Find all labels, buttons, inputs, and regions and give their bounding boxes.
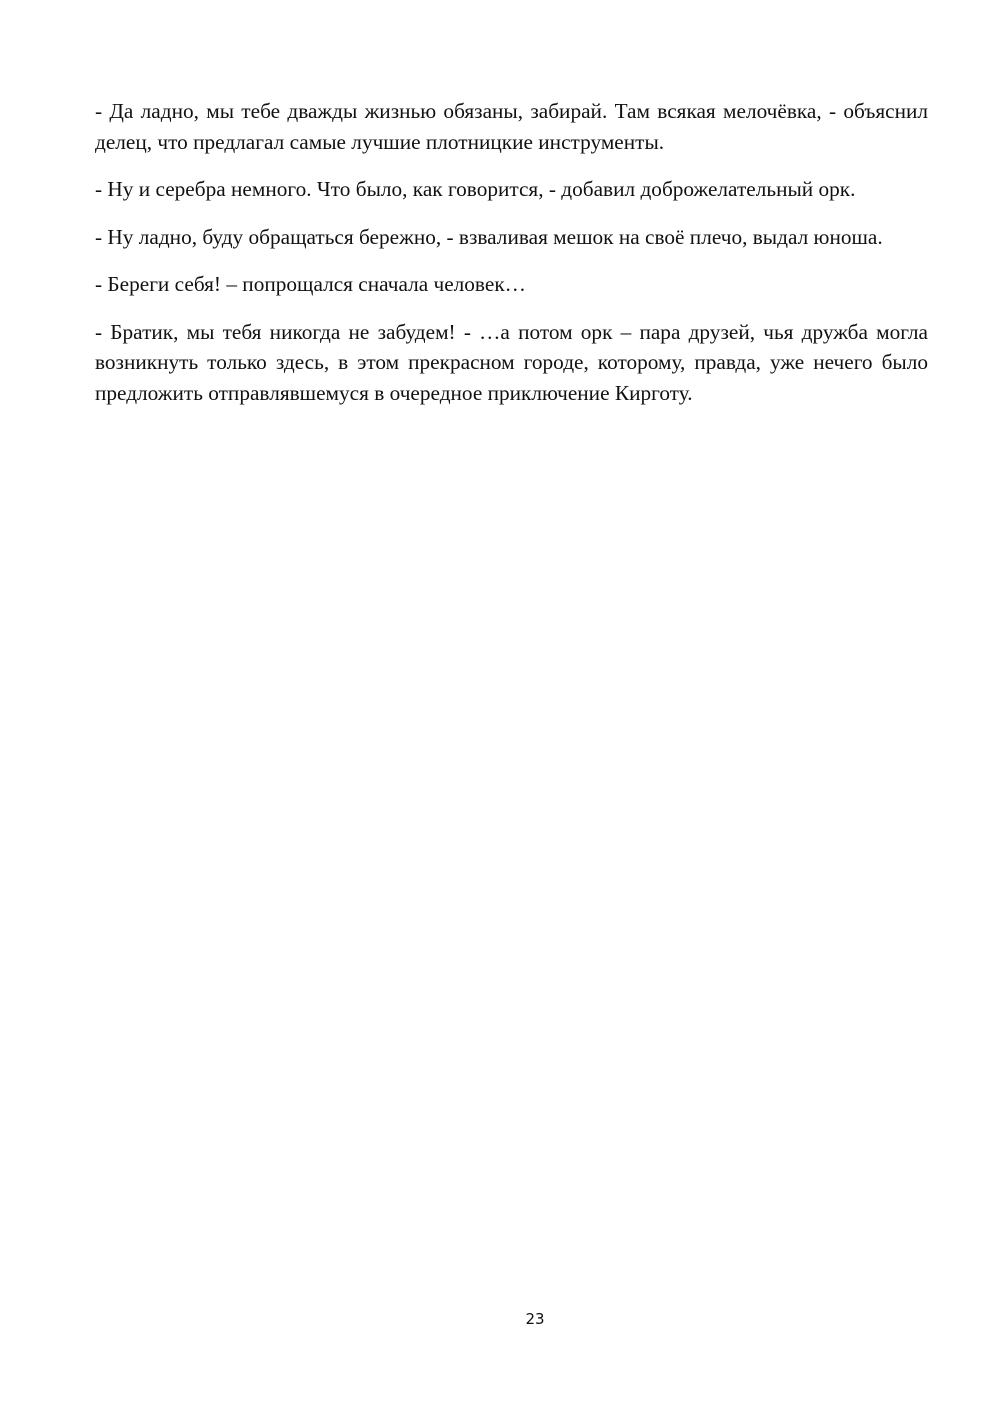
document-page: - Да ладно, мы тебе дважды жизнью обязан… [0, 0, 1000, 1414]
paragraph: - Береги себя! – попрощался сначала чело… [95, 269, 928, 300]
paragraph: - Ну ладно, буду обращаться бережно, - в… [95, 222, 928, 253]
page-body: - Да ладно, мы тебе дважды жизнью обязан… [95, 96, 928, 425]
paragraph: - Ну и серебра немного. Что было, как го… [95, 174, 928, 205]
paragraph: - Братик, мы тебя никогда не забудем! - … [95, 317, 928, 409]
page-number: 23 [0, 1310, 1000, 1328]
paragraph: - Да ладно, мы тебе дважды жизнью обязан… [95, 96, 928, 157]
